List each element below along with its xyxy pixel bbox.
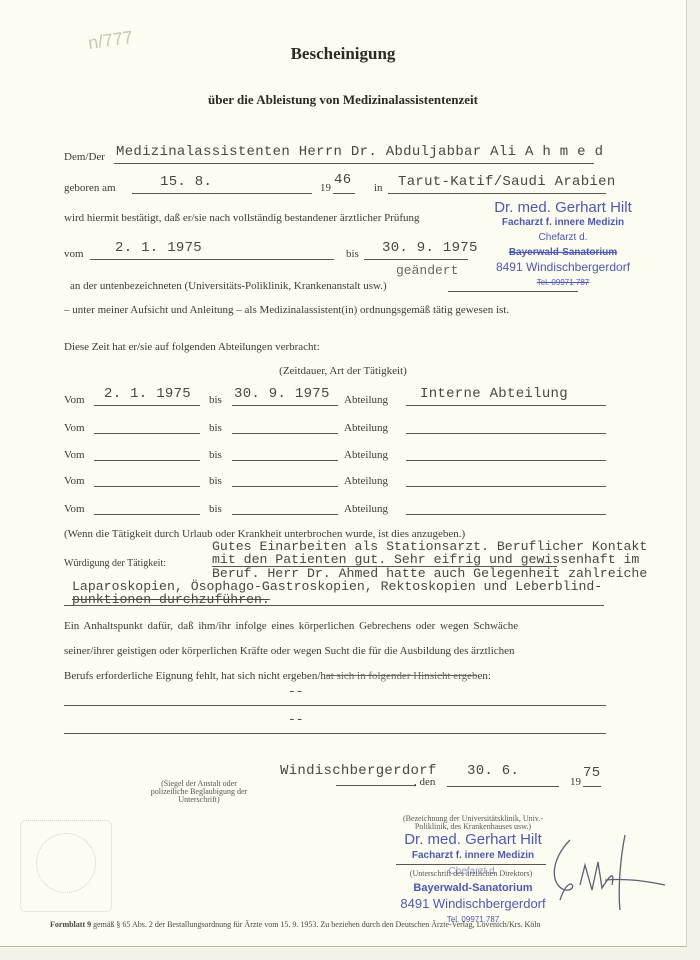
form-label: Formblatt 9 — [50, 920, 91, 929]
handwritten-signature-icon — [540, 830, 670, 920]
fitness-line-3: Berufs erforderliche Eignung fehlt, hat … — [64, 670, 491, 682]
birth-year-underline — [333, 193, 355, 194]
row-from-label: Vom — [64, 503, 85, 515]
row-to-label: bis — [209, 422, 222, 434]
row-dept-label: Abteilung — [344, 422, 388, 434]
stamp-line3: Bayerwald-Sanatorium — [398, 880, 548, 896]
row-dept-label: Abteilung — [344, 475, 388, 487]
date-field[interactable]: 30. 6. — [467, 763, 519, 779]
row-to-field[interactable] — [232, 460, 338, 461]
row-dept-field[interactable] — [406, 514, 606, 515]
birth-label: geboren am — [64, 182, 116, 194]
row-to-underline — [232, 405, 338, 406]
institution-underline — [448, 291, 578, 292]
period-from-underline — [90, 259, 334, 260]
footer: Formblatt 9 gemäß § 65 Abs. 2 der Bestal… — [50, 920, 541, 929]
row-to-label: bis — [209, 449, 222, 461]
birth-date-field[interactable]: 15. 8. — [160, 174, 212, 190]
fitness-prefix: Berufs erforderliche Eignung fehlt, hat … — [64, 670, 326, 682]
fitness-line-1: Ein Anhaltspunkt dafür, daß ihm/ihr info… — [64, 620, 518, 632]
row-dept-field[interactable] — [406, 460, 606, 461]
evaluation-line: mit den Patienten gut. Sehr eifrig und g… — [212, 553, 557, 567]
row-dept-label: Abteilung — [344, 503, 388, 515]
seal-caption: (Siegel der Anstalt oder polizeiliche Be… — [144, 780, 254, 804]
row-dept-field[interactable] — [406, 433, 606, 434]
stamp-line2: Chefarzt d. — [478, 230, 648, 245]
recipient-label: Dem/Der — [64, 151, 105, 163]
birth-century: 19 — [320, 182, 331, 194]
fitness-answer-1[interactable]: -- — [288, 684, 304, 699]
fitness-underline-2 — [64, 733, 606, 734]
row-from-label: Vom — [64, 475, 85, 487]
departments-intro: Diese Zeit hat er/sie auf folgenden Abte… — [64, 341, 320, 353]
faded-seal — [20, 820, 112, 912]
recipient-field[interactable]: Medizinalassistenten Herrn Dr. Abduljabb… — [116, 144, 603, 160]
fitness-line-2: seiner/ihrer geistigen oder körperlichen… — [64, 645, 515, 657]
row-from-underline — [94, 405, 200, 406]
period-to-underline — [364, 259, 468, 260]
doctor-stamp-bottom: Dr. med. Gerhart Hilt Facharzt f. innere… — [398, 832, 548, 928]
stamp-line4: 8491 Windischbergerdorf — [398, 896, 548, 912]
row-to-field[interactable] — [232, 514, 338, 515]
evaluation-label: Würdigung der Tätigkeit: — [64, 558, 166, 569]
stamp-name: Dr. med. Gerhart Hilt — [398, 832, 548, 848]
row-from-label: Vom — [64, 394, 85, 406]
period-to-field[interactable]: 30. 9. 1975 — [382, 240, 478, 256]
row-dept-field[interactable] — [406, 486, 606, 487]
stamp-name: Dr. med. Gerhart Hilt — [478, 200, 648, 215]
row-from-field[interactable] — [94, 460, 200, 461]
institution-text: an der untenbezeichneten (Universitäts-P… — [70, 280, 387, 292]
stamp-line3: Bayerwald-Sanatorium — [478, 245, 648, 260]
row-to-label: bis — [209, 475, 222, 487]
evaluation-text-block-a[interactable]: Gutes Einarbeiten als Stationsarzt. Beru… — [212, 540, 647, 580]
row-to-field[interactable]: 30. 9. 1975 — [234, 386, 330, 402]
row-dept-underline — [406, 405, 606, 406]
evaluation-underline — [64, 605, 604, 606]
departments-caption: (Zeitdauer, Art der Tätigkeit) — [0, 365, 686, 377]
period-from-field[interactable]: 2. 1. 1975 — [115, 240, 202, 256]
row-from-field[interactable] — [94, 514, 200, 515]
birth-place-field[interactable]: Tarut-Katif/Saudi Arabien — [398, 174, 616, 190]
confirmation-text: wird hiermit bestätigt, daß er/sie nach … — [64, 212, 420, 224]
place-underline — [336, 785, 416, 786]
institution-caption: (Bezeichnung der Universitätsklinik, Uni… — [398, 815, 548, 831]
fitness-answer-2[interactable]: -- — [288, 712, 304, 727]
birth-place-label: in — [374, 182, 383, 194]
stamp-line4: 8491 Windischbergerdorf — [478, 260, 648, 275]
date-year-underline — [583, 786, 601, 787]
fitness-suffix: en: — [478, 670, 491, 682]
recipient-underline — [114, 163, 594, 164]
period-changed-note: geändert — [396, 263, 458, 278]
date-year-field[interactable]: 75 — [583, 765, 600, 781]
stamp-line5: Tel. 09971 787 — [478, 275, 648, 290]
row-from-label: Vom — [64, 449, 85, 461]
row-from-field[interactable]: 2. 1. 1975 — [104, 386, 191, 402]
row-to-label: bis — [209, 503, 222, 515]
birth-place-underline — [388, 193, 606, 194]
stamp-line1: Facharzt f. innere Medizin — [478, 215, 648, 230]
document-page — [0, 0, 687, 947]
birth-year-field[interactable]: 46 — [334, 172, 351, 188]
date-century: 19 — [570, 776, 581, 788]
row-dept-label: Abteilung — [344, 394, 388, 406]
row-dept-field[interactable]: Interne Abteilung — [420, 386, 568, 402]
stamp-line1: Facharzt f. innere Medizin — [398, 848, 548, 864]
footer-text: gemäß § 65 Abs. 2 der Bestallungsordnung… — [93, 920, 540, 929]
page-subtitle: über die Ableistung von Medizinalassiste… — [0, 92, 686, 108]
date-underline — [447, 786, 559, 787]
fitness-struck: at sich in folgender Hinsicht ergeb — [326, 670, 478, 682]
date-label: , den — [414, 776, 435, 788]
supervision-text: – unter meiner Aufsicht und Anleitung – … — [64, 304, 509, 316]
fitness-underline-1 — [64, 705, 606, 706]
doctor-stamp-top: Dr. med. Gerhart Hilt Facharzt f. innere… — [478, 200, 648, 290]
row-dept-label: Abteilung — [344, 449, 388, 461]
row-to-field[interactable] — [232, 433, 338, 434]
row-from-label: Vom — [64, 422, 85, 434]
evaluation-text-block-b[interactable]: Laparoskopien, Ösophago-Gastroskopien, R… — [72, 580, 602, 606]
stamp-line2: Chefarzt d. — [398, 864, 548, 880]
row-from-field[interactable] — [94, 486, 200, 487]
row-to-field[interactable] — [232, 486, 338, 487]
row-from-field[interactable] — [94, 433, 200, 434]
period-from-label: vom — [64, 248, 84, 260]
period-to-label: bis — [346, 248, 359, 260]
page-title: Bescheinigung — [0, 44, 686, 64]
birth-date-underline — [132, 193, 312, 194]
row-to-label: bis — [209, 394, 222, 406]
